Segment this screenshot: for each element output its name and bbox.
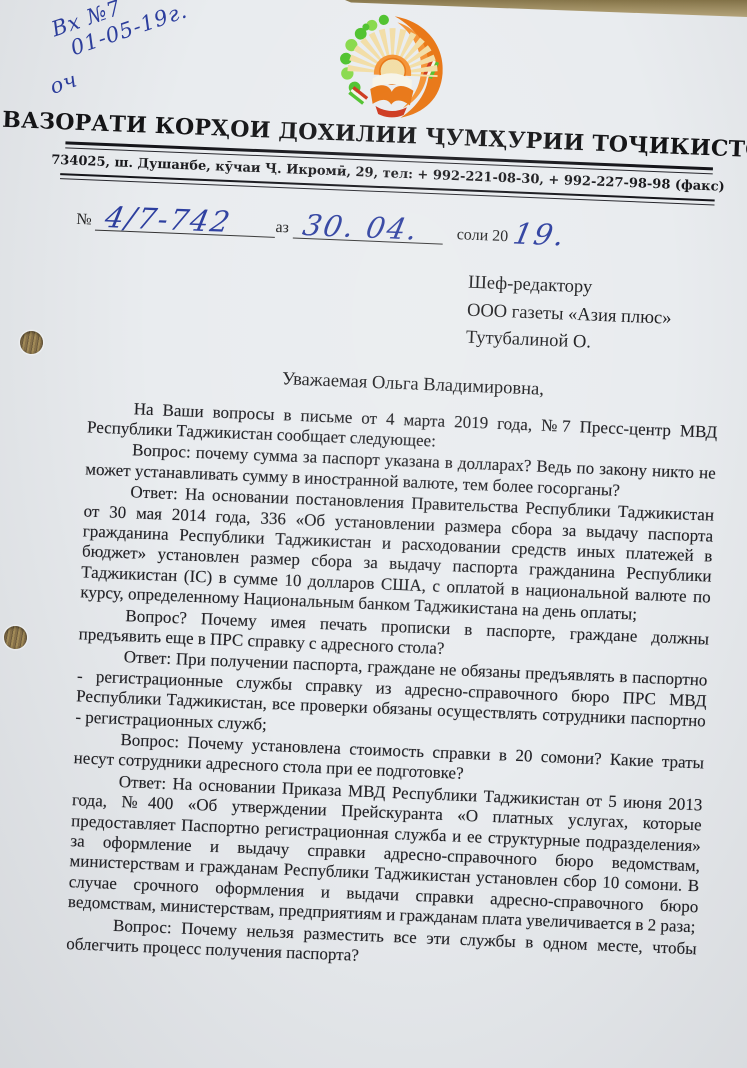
ref-year-handwritten: 19.: [510, 217, 569, 253]
scanned-letter-page: { "colors": { "paper": "#e9ecef", "desk"…: [0, 0, 747, 1068]
hole-punch-bottom: [4, 626, 27, 649]
reference-number-line: № 4/7-742 аз 30. 04. соли 20 19.: [76, 196, 747, 258]
letter-paragraph-answer-3: Ответ: На основании Приказа МВД Республи…: [68, 770, 703, 938]
letter-content: Вх №7 01-05-19г. оч: [0, 0, 747, 983]
letter-paragraph-answer-1: Ответ: На основании постановления Правит…: [80, 481, 714, 629]
tajikistan-coat-of-arms-icon: [331, 12, 453, 121]
ref-from-label: аз: [275, 219, 293, 239]
recipient-block: Шеф-редактору ООО газеты «Азия плюс» Тут…: [465, 270, 747, 365]
emblem-base: [375, 106, 407, 118]
salutation: Уважаемая Ольга Владимировна,: [282, 369, 747, 409]
ref-number-label: №: [76, 211, 96, 231]
ref-number-handwritten: 4/7-742: [102, 200, 234, 239]
ref-date-handwritten: 30. 04.: [300, 208, 422, 246]
handwritten-registration-note: Вх №7 01-05-19г. оч: [35, 0, 200, 97]
ref-number-blank: 4/7-742: [95, 206, 276, 238]
hole-punch-top: [20, 331, 43, 354]
open-book: [369, 85, 413, 106]
letter-body: На Ваши вопросы в письме от 4 марта 2019…: [66, 397, 718, 980]
ref-date-blank: 30. 04.: [292, 214, 443, 245]
ref-year-label: соли 20: [456, 226, 512, 247]
